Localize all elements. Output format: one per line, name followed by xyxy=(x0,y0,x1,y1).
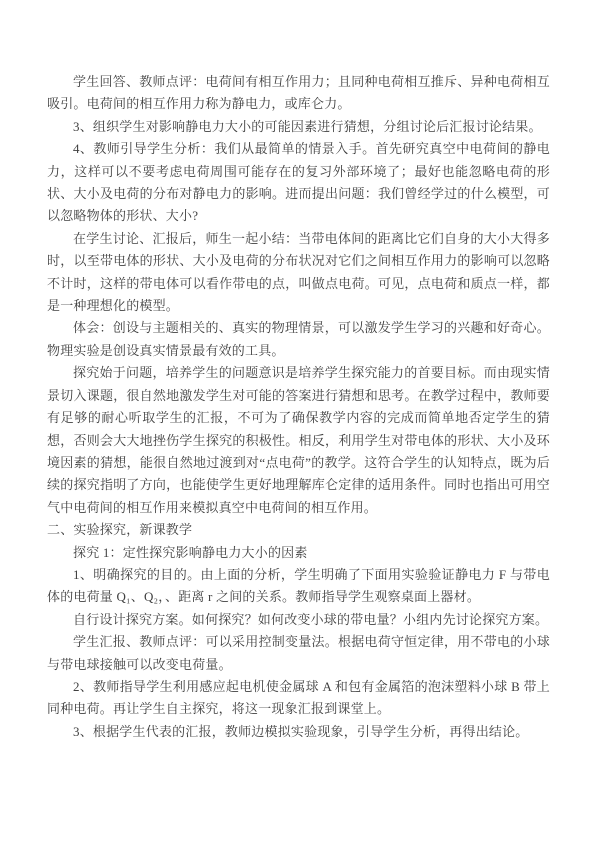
para-student-answer-comment: 学生回答、教师点评：电荷间有相互作用力；且同种电荷相互推斥、异种电荷相互吸引。电… xyxy=(47,71,550,116)
section-heading-experiment-inquiry: 二、实验探究，新课教学 xyxy=(47,519,550,541)
para-teacher-guide-electrostatic-machine: 2、教师指导学生利用感应起电机使金属球 A 和包有金属箔的泡沫塑料小球 B 带上… xyxy=(47,676,550,721)
para-inquiry-reflection: 探究始于问题，培养学生的问题意识是培养学生探究能力的首要目标。而由现实情景切入课… xyxy=(47,362,550,519)
para-student-report-control-variable: 学生汇报、教师点评：可以采用控制变量法。根据电荷守恒定律，用不带电的小球与带电球… xyxy=(47,631,550,676)
document-page: 学生回答、教师点评：电荷间有相互作用力；且同种电荷相互推斥、异种电荷相互吸引。电… xyxy=(0,0,595,841)
para-teacher-guide-analysis: 4、教师引导学生分析：我们从最简单的情景入手。首先研究真空中电荷间的静电力，这样… xyxy=(47,138,550,228)
para-reflection-real-context: 体会：创设与主题相关的、真实的物理情景，可以激发学生学习的兴趣和好奇心。物理实验… xyxy=(47,317,550,362)
para-design-inquiry-plan: 自行设计探究方案。如何探究？如何改变小球的带电量？小组内先讨论探究方案。 xyxy=(47,609,550,631)
para-organize-guessing: 3、组织学生对影响静电力大小的可能因素进行猜想，分组讨论后汇报讨论结果。 xyxy=(47,116,550,138)
document-content: 学生回答、教师点评：电荷间有相互作用力；且同种电荷相互推斥、异种电荷相互吸引。电… xyxy=(47,71,550,743)
para-conclusion-from-reports: 3、根据学生代表的汇报，教师边模拟实验现象，引导学生分析，再得出结论。 xyxy=(47,721,550,743)
inquiry-1-title: 探究 1：定性探究影响静电力大小的因素 xyxy=(47,542,550,564)
para-point-charge-summary: 在学生讨论、汇报后，师生一起小结：当带电体间的距离比它们自身的大小大得多时，以至… xyxy=(47,228,550,318)
para-clarify-inquiry-purpose: 1、明确探究的目的。由上面的分析，学生明确了下面用实验验证静电力 F 与带电体的… xyxy=(47,564,550,609)
